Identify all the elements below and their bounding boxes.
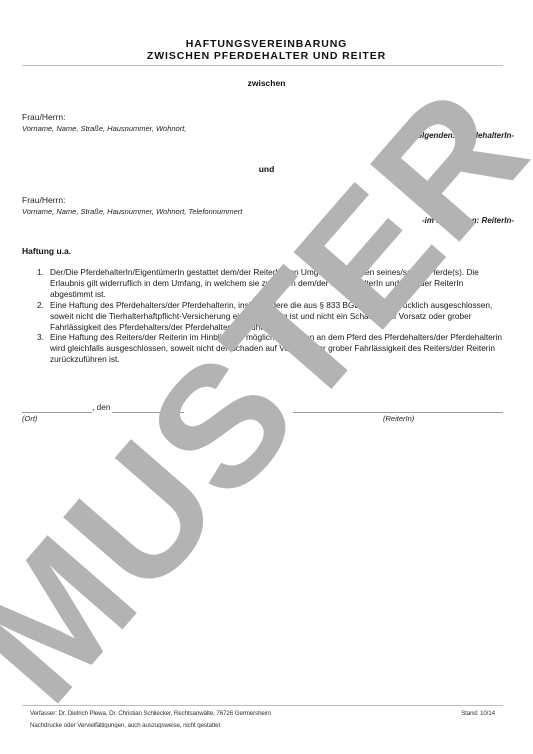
party-2-label: Frau/Herrn:: [22, 195, 65, 205]
header-divider: [22, 65, 503, 66]
and-label: und: [0, 164, 533, 174]
title-line-1: HAFTUNGSVEREINBARUNG: [0, 38, 533, 50]
clause-number: 1.: [37, 267, 44, 278]
clause-text: Eine Haftung des Reiters/der Reiterin im…: [50, 332, 502, 364]
party-2-role: -im Folgenden: ReiterIn-: [422, 216, 514, 225]
clause-number: 2.: [37, 300, 44, 311]
section-heading: Haftung u.a.: [22, 246, 71, 256]
footer-author: Verfasser: Dr. Dietrich Plewa, Dr. Chris…: [30, 710, 271, 717]
party-1-fields: Vorname, Name, Straße, Hausnummer, Wohno…: [22, 124, 186, 133]
signer-signature-line[interactable]: [293, 412, 503, 413]
title-line-2: ZWISCHEN PFERDEHALTER UND REITER: [0, 50, 533, 62]
party-1-role: -im Folgenden: PferdehalterIn-: [398, 131, 514, 140]
signer-caption: (ReiterIn): [383, 414, 414, 423]
clause-text: Eine Haftung des Pferdehalters/der Pferd…: [50, 300, 492, 332]
place-caption: (Ort): [22, 414, 37, 423]
date-separator: , den: [92, 402, 110, 412]
clause-text: Der/Die PferdehalterIn/EigentümerIn gest…: [50, 267, 479, 299]
clause-number: 3.: [37, 332, 44, 343]
date-line[interactable]: [112, 412, 184, 413]
footer-version: Stand: 10/14: [461, 710, 495, 717]
footer-notice: Nachdrucke oder Vervielfältigungen, auch…: [30, 722, 220, 728]
document-title: HAFTUNGSVEREINBARUNG ZWISCHEN PFERDEHALT…: [0, 38, 533, 62]
party-2-fields: Vorname, Name, Straße, Hausnummer, Wohno…: [22, 207, 242, 216]
watermark-text: MUSTER: [0, 60, 533, 730]
clause-item: 2. Eine Haftung des Pferdehalters/der Pf…: [22, 300, 506, 333]
place-line[interactable]: [22, 412, 92, 413]
watermark: MUSTER: [0, 0, 533, 754]
document-page: HAFTUNGSVEREINBARUNG ZWISCHEN PFERDEHALT…: [0, 0, 533, 754]
clause-item: 3. Eine Haftung des Reiters/der Reiterin…: [22, 332, 506, 365]
footer-divider: [22, 705, 503, 706]
clause-item: 1. Der/Die PferdehalterIn/EigentümerIn g…: [22, 267, 506, 300]
clause-list: 1. Der/Die PferdehalterIn/EigentümerIn g…: [22, 267, 506, 365]
between-label: zwischen: [0, 78, 533, 88]
party-1-label: Frau/Herrn:: [22, 112, 65, 122]
